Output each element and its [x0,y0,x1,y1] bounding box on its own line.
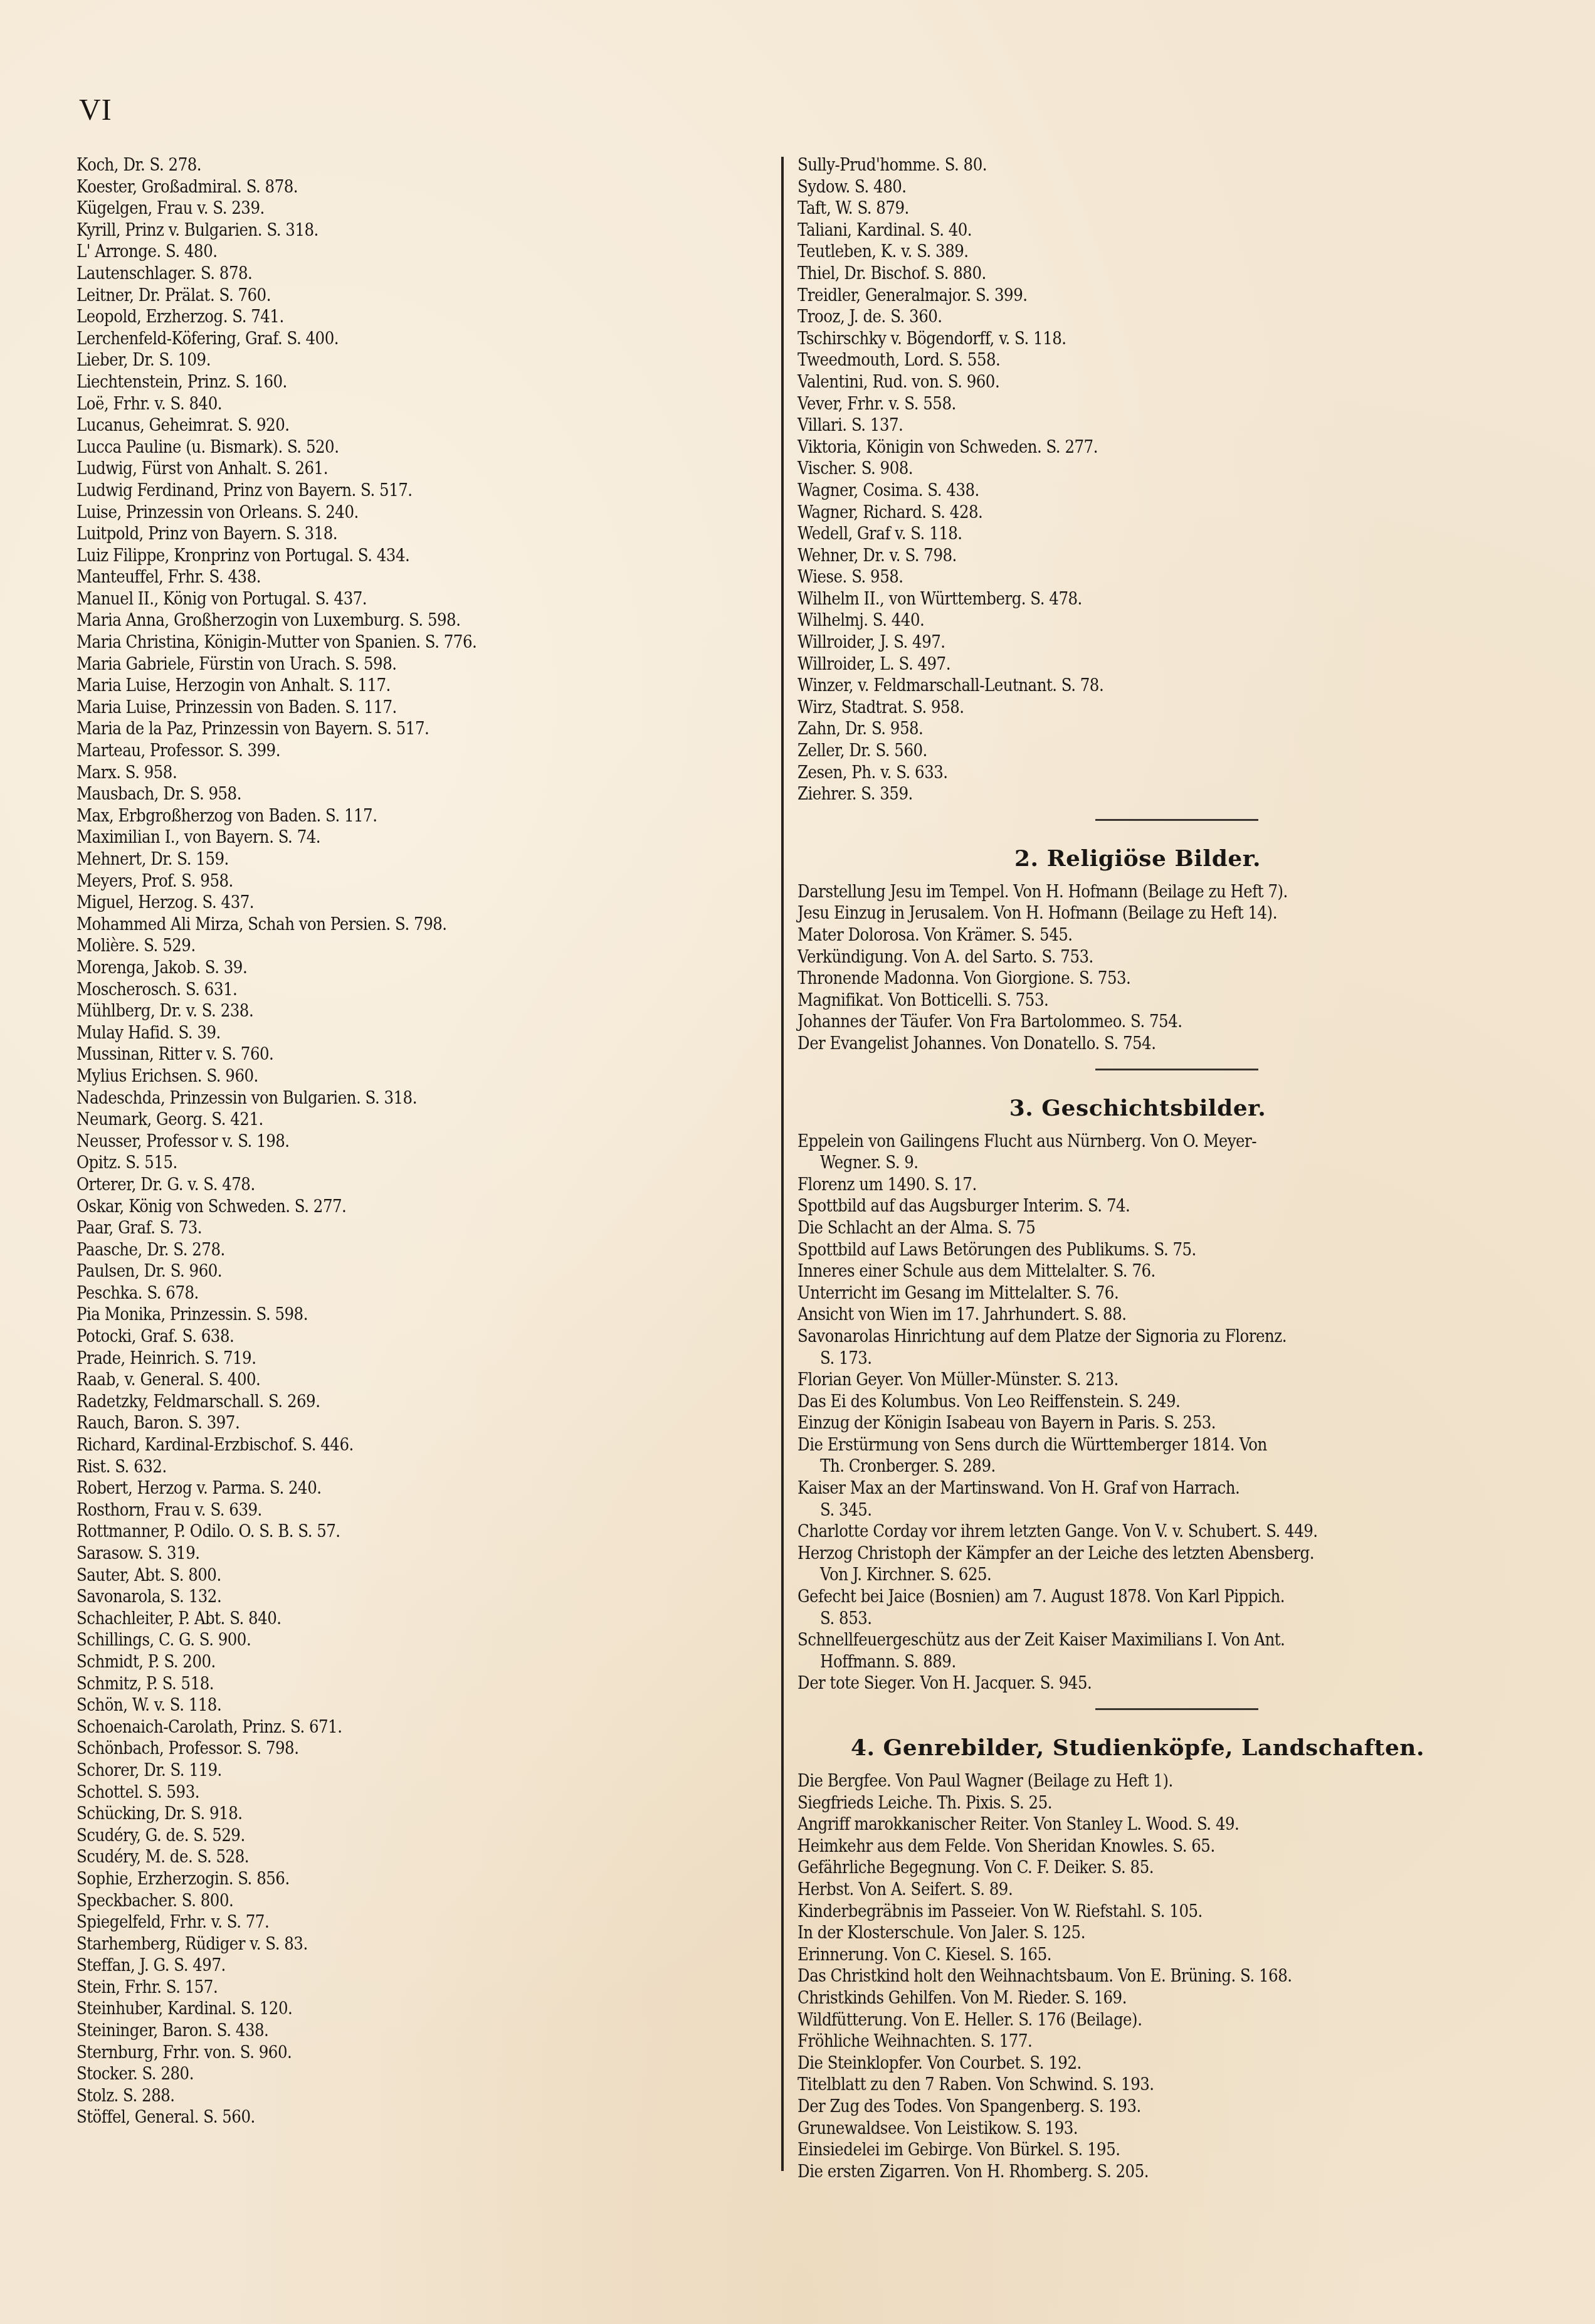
index-entry: Mohammed Ali Mirza, Schah von Persien. S… [76,914,659,936]
entry-text: Darstellung Jesu im Tempel. Von H. Hofma… [797,881,1288,902]
index-entry: Sternburg, Frhr. von. S. 960. [76,2042,659,2064]
index-entry: Nadeschda, Prinzessin von Bulgarien. S. … [76,1087,659,1109]
index-entry: Mehnert, Dr. S. 159. [76,848,659,870]
entry-text: Erinnerung. Von C. Kiesel. S. 165. [797,1944,1051,1965]
entry-text: Der Zug des Todes. Von Spangenberg. S. 1… [797,2096,1141,2116]
index-entry: Starhemberg, Rüdiger v. S. 83. [76,1933,659,1955]
index-entry: Zesen, Ph. v. S. 633. [797,762,1382,784]
picture-entry: Schnellfeuergeschütz aus der Zeit Kaiser… [797,1629,1477,1672]
entry-text: Angriff marokkanischer Reiter. Von Stanl… [797,1814,1239,1834]
picture-entry: Gefährliche Begegnung. Von C. F. Deiker.… [797,1857,1382,1879]
index-entry: Prade, Heinrich. S. 719. [76,1348,659,1370]
picture-entry: Die ersten Zigarren. Von H. Rhomberg. S.… [797,2161,1382,2183]
index-entry: Robert, Herzog v. Parma. S. 240. [76,1477,659,1499]
index-entry: Sydow. S. 480. [797,176,1382,198]
picture-entry: Die Bergfee. Von Paul Wagner (Beilage zu… [797,1770,1382,1792]
index-entry: Lautenschlager. S. 878. [76,263,659,285]
picture-entry: Der Evangelist Johannes. Von Donatello. … [797,1033,1382,1055]
index-entry: Potocki, Graf. S. 638. [76,1326,659,1348]
entry-text: Spottbild auf das Augsburger Interim. S.… [797,1195,1130,1216]
index-entry: Scudéry, G. de. S. 529. [76,1825,659,1847]
entry-text: Der Evangelist Johannes. Von Donatello. … [797,1033,1155,1054]
entry-text: Das Ei des Kolumbus. Von Leo Reiffenstei… [797,1391,1180,1412]
entry-text: Thronende Madonna. Von Giorgione. S. 753… [797,968,1130,988]
index-entry: Tschirschky v. Bögendorff, v. S. 118. [797,328,1382,350]
picture-entry: Herzog Christoph der Kämpfer an der Leic… [797,1543,1477,1586]
index-entry: Trooz, J. de. S. 360. [797,306,1382,328]
index-entry: Peschka. S. 678. [76,1282,659,1304]
index-entry: Ludwig Ferdinand, Prinz von Bayern. S. 5… [76,480,659,502]
index-entry: Lerchenfeld-Köfering, Graf. S. 400. [76,328,659,350]
entry-continuation: S. 345. [797,1499,1477,1521]
index-entry: Schmitz, P. S. 518. [76,1673,659,1695]
index-entry: Paar, Graf. S. 73. [76,1217,659,1239]
index-entry: Sophie, Erzherzogin. S. 856. [76,1868,659,1890]
picture-entry: Titelblatt zu den 7 Raben. Von Schwind. … [797,2074,1382,2096]
section-divider [1095,819,1258,821]
picture-entry: Siegfrieds Leiche. Th. Pixis. S. 25. [797,1792,1382,1814]
picture-entry: Spottbild auf das Augsburger Interim. S.… [797,1195,1382,1217]
entry-text: Herzog Christoph der Kämpfer an der Leic… [797,1543,1314,1563]
picture-entry: Thronende Madonna. Von Giorgione. S. 753… [797,968,1382,990]
picture-entry: Das Ei des Kolumbus. Von Leo Reiffenstei… [797,1391,1382,1413]
index-entry: Luise, Prinzessin von Orleans. S. 240. [76,502,659,524]
picture-entry: Eppelein von Gailingens Flucht aus Nürnb… [797,1131,1477,1174]
index-entry: Rottmanner, P. Odilo. O. S. B. S. 57. [76,1521,659,1543]
index-entry: Neumark, Georg. S. 421. [76,1109,659,1131]
left-column-name-index: Koch, Dr. S. 278.Koester, Großadmiral. S… [76,154,754,2128]
entry-text: Eppelein von Gailingens Flucht aus Nürnb… [797,1131,1256,1151]
index-entry: Taft, W. S. 879. [797,198,1382,219]
index-entry: Zahn, Dr. S. 958. [797,718,1382,740]
index-entry: Wirz, Stadtrat. S. 958. [797,697,1382,719]
index-entry: Mussinan, Ritter v. S. 760. [76,1043,659,1065]
index-entry: Paasche, Dr. S. 278. [76,1239,659,1261]
entry-text: Einsiedelei im Gebirge. Von Bürkel. S. 1… [797,2139,1120,2160]
section-title: 4. Genrebilder, Studienköpfe, Landschaft… [797,1734,1478,1761]
section-title: 2. Religiöse Bilder. [797,845,1478,872]
index-entry: Savonarola, S. 132. [76,1586,659,1608]
picture-entry: Herbst. Von A. Seifert. S. 89. [797,1879,1382,1901]
index-entry: Kügelgen, Frau v. S. 239. [76,198,659,219]
index-entry: Schmidt, P. S. 200. [76,1651,659,1673]
entry-text: Wildfütterung. Von E. Heller. S. 176 (Be… [797,2009,1142,2030]
index-entry: Maximilian I., von Bayern. S. 74. [76,827,659,848]
page-number: VI [79,93,112,127]
picture-entry: In der Klosterschule. Von Jaler. S. 125. [797,1922,1382,1944]
picture-entry: Grunewaldsee. Von Leistikow. S. 193. [797,2118,1382,2140]
entry-text: Jesu Einzug in Jerusalem. Von H. Hofmann… [797,902,1277,923]
entry-text: Grunewaldsee. Von Leistikow. S. 193. [797,2118,1078,2138]
index-entry: Villari. S. 137. [797,415,1382,436]
picture-entry: Savonarolas Hinrichtung auf dem Platze d… [797,1326,1477,1369]
index-entry: Lieber, Dr. S. 109. [76,349,659,371]
entry-text: Die ersten Zigarren. Von H. Rhomberg. S.… [797,2161,1149,2182]
entry-text: Einzug der Königin Isabeau von Bayern in… [797,1412,1216,1433]
index-entry: Maria Luise, Herzogin von Anhalt. S. 117… [76,675,659,697]
entry-text: Florian Geyer. Von Müller-Münster. S. 21… [797,1369,1119,1390]
index-entry: Tweedmouth, Lord. S. 558. [797,349,1382,371]
entry-continuation: Hoffmann. S. 889. [797,1651,1477,1673]
entry-continuation: Wegner. S. 9. [797,1152,1477,1174]
index-entry: Winzer, v. Feldmarschall-Leutnant. S. 78… [797,675,1382,697]
index-entry: Steffan, J. G. S. 497. [76,1955,659,1977]
entry-text: Das Christkind holt den Weihnachtsbaum. … [797,1965,1292,1986]
entry-continuation: Th. Cronberger. S. 289. [797,1455,1477,1477]
index-entry: Maria Anna, Großherzogin von Luxemburg. … [76,610,659,631]
entry-text: Kaiser Max an der Martinswand. Von H. Gr… [797,1477,1240,1498]
index-entry: Stöffel, General. S. 560. [76,2106,659,2128]
entry-text: Gefecht bei Jaice (Bosnien) am 7. August… [797,1586,1285,1607]
picture-entry: Florian Geyer. Von Müller-Münster. S. 21… [797,1369,1382,1391]
index-entry: Stein, Frhr. S. 157. [76,1977,659,1999]
picture-entry: Mater Dolorosa. Von Krämer. S. 545. [797,924,1382,946]
index-entry: Wagner, Richard. S. 428. [797,502,1382,524]
picture-entry: Unterricht im Gesang im Mittelalter. S. … [797,1282,1382,1304]
index-entry: Sauter, Abt. S. 800. [76,1565,659,1587]
index-entry: Rauch, Baron. S. 397. [76,1412,659,1434]
entry-text: Die Erstürmung von Sens durch die Württe… [797,1434,1267,1455]
index-entry: Schönbach, Professor. S. 798. [76,1738,659,1760]
index-entry: Lucca Pauline (u. Bismark). S. 520. [76,436,659,458]
index-entry: Koch, Dr. S. 278. [76,154,659,176]
picture-entry: Der Zug des Todes. Von Spangenberg. S. 1… [797,2096,1382,2118]
index-entry: Schoenaich-Carolath, Prinz. S. 671. [76,1716,659,1738]
index-entry: Wagner, Cosima. S. 438. [797,480,1382,502]
index-entry: Pia Monika, Prinzessin. S. 598. [76,1304,659,1326]
index-entry: Leitner, Dr. Prälat. S. 760. [76,285,659,307]
index-entry: Meyers, Prof. S. 958. [76,870,659,892]
index-entry: Steinhuber, Kardinal. S. 120. [76,1998,659,2020]
entry-text: Titelblatt zu den 7 Raben. Von Schwind. … [797,2074,1154,2094]
entry-text: Magnifikat. Von Botticelli. S. 753. [797,990,1048,1010]
picture-entry: Verkündigung. Von A. del Sarto. S. 753. [797,946,1382,968]
index-entry: Mylius Erichsen. S. 960. [76,1065,659,1087]
index-entry: Valentini, Rud. von. S. 960. [797,371,1382,393]
index-entry: Liechtenstein, Prinz. S. 160. [76,371,659,393]
index-entry: Mausbach, Dr. S. 958. [76,783,659,805]
index-entry: Ziehrer. S. 359. [797,783,1382,805]
index-entry: Marx. S. 958. [76,762,659,784]
entry-text: Die Bergfee. Von Paul Wagner (Beilage zu… [797,1770,1173,1791]
index-entry: Maria de la Paz, Prinzessin von Bayern. … [76,718,659,740]
index-entry: Vischer. S. 908. [797,458,1382,480]
index-entry: Morenga, Jakob. S. 39. [76,957,659,979]
entry-text: Herbst. Von A. Seifert. S. 89. [797,1879,1013,1899]
index-entry: Thiel, Dr. Bischof. S. 880. [797,263,1382,285]
index-entry: Radetzky, Feldmarschall. S. 269. [76,1391,659,1413]
index-entry: Vever, Frhr. v. S. 558. [797,393,1382,415]
index-entry: Schorer, Dr. S. 119. [76,1760,659,1782]
entry-text: Die Steinklopfer. Von Courbet. S. 192. [797,2052,1082,2073]
picture-entry: Inneres einer Schule aus dem Mittelalter… [797,1260,1382,1282]
entry-text: Siegfrieds Leiche. Th. Pixis. S. 25. [797,1792,1052,1813]
entry-text: Christkinds Gehilfen. Von M. Rieder. S. … [797,1987,1127,2008]
entry-continuation: S. 173. [797,1348,1477,1370]
index-entry: Viktoria, Königin von Schweden. S. 277. [797,436,1382,458]
picture-entry: Spottbild auf Laws Betörungen des Publik… [797,1239,1382,1261]
index-entry: Willroider, J. S. 497. [797,631,1382,653]
entry-text: Savonarolas Hinrichtung auf dem Platze d… [797,1326,1287,1346]
picture-entry: Florenz um 1490. S. 17. [797,1174,1382,1196]
section: 2. Religiöse Bilder.Darstellung Jesu im … [797,819,1478,1055]
index-entry: Manuel II., König von Portugal. S. 437. [76,588,659,610]
picture-entry: Fröhliche Weihnachten. S. 177. [797,2031,1382,2052]
index-entry: Stocker. S. 280. [76,2063,659,2085]
index-entry: Treidler, Generalmajor. S. 399. [797,285,1382,307]
index-entry: Willroider, L. S. 497. [797,653,1382,675]
index-entry: Schücking, Dr. S. 918. [76,1803,659,1825]
index-entry: Luiz Filippe, Kronprinz von Portugal. S.… [76,545,659,567]
index-entry: Wehner, Dr. v. S. 798. [797,545,1382,567]
index-entry: Molière. S. 529. [76,935,659,957]
section-divider [1095,1708,1258,1710]
entry-text: Ansicht von Wien im 17. Jahrhundert. S. … [797,1304,1126,1324]
section: 3. Geschichtsbilder.Eppelein von Gailing… [797,1069,1478,1694]
entry-text: Mater Dolorosa. Von Krämer. S. 545. [797,924,1073,945]
index-entry: Teutleben, K. v. S. 389. [797,241,1382,263]
index-entry: Neusser, Professor v. S. 198. [76,1131,659,1153]
index-entry: Miguel, Herzog. S. 437. [76,892,659,914]
entry-continuation: S. 853. [797,1608,1477,1630]
index-entry: Marteau, Professor. S. 399. [76,740,659,762]
index-entry: Steininger, Baron. S. 438. [76,2020,659,2042]
index-entry: Sully-Prud'homme. S. 80. [797,154,1382,176]
index-entry: Wilhelm II., von Württemberg. S. 478. [797,588,1382,610]
picture-entry: Heimkehr aus dem Felde. Von Sheridan Kno… [797,1835,1382,1857]
index-entry: Schottel. S. 593. [76,1782,659,1804]
picture-entry: Die Erstürmung von Sens durch die Württe… [797,1434,1477,1477]
index-entry: Orterer, Dr. G. v. S. 478. [76,1174,659,1196]
entry-text: Florenz um 1490. S. 17. [797,1174,977,1195]
index-entry: Lucanus, Geheimrat. S. 920. [76,415,659,436]
entry-text: Verkündigung. Von A. del Sarto. S. 753. [797,946,1093,967]
entry-text: Unterricht im Gesang im Mittelalter. S. … [797,1282,1119,1303]
section-divider [1095,1069,1258,1070]
index-entry: Wedell, Graf v. S. 118. [797,523,1382,545]
entry-text: Inneres einer Schule aus dem Mittelalter… [797,1260,1155,1281]
picture-entry: Johannes der Täufer. Von Fra Bartolommeo… [797,1011,1382,1033]
index-entry: L' Arronge. S. 480. [76,241,659,263]
picture-entry: Darstellung Jesu im Tempel. Von H. Hofma… [797,881,1382,903]
index-entry: Sarasow. S. 319. [76,1543,659,1565]
index-entry: Rist. S. 632. [76,1456,659,1478]
picture-entry: Die Steinklopfer. Von Courbet. S. 192. [797,2052,1382,2074]
index-entry: Loë, Frhr. v. S. 840. [76,393,659,415]
picture-entry: Magnifikat. Von Botticelli. S. 753. [797,990,1382,1011]
picture-entry: Charlotte Corday vor ihrem letzten Gange… [797,1521,1382,1543]
index-entry: Schillings, C. G. S. 900. [76,1629,659,1651]
entry-text: Charlotte Corday vor ihrem letzten Gange… [797,1521,1318,1541]
right-column: Sully-Prud'homme. S. 80.Sydow. S. 480.Ta… [797,154,1478,2182]
index-entry: Spiegelfeld, Frhr. v. S. 77. [76,1911,659,1933]
entry-text: Gefährliche Begegnung. Von C. F. Deiker.… [797,1857,1154,1878]
picture-entry: Ansicht von Wien im 17. Jahrhundert. S. … [797,1304,1382,1326]
index-entry: Leopold, Erzherzog. S. 741. [76,306,659,328]
index-entry: Schachleiter, P. Abt. S. 840. [76,1608,659,1630]
section: 4. Genrebilder, Studienköpfe, Landschaft… [797,1708,1478,2182]
picture-entry: Die Schlacht an der Alma. S. 75 [797,1217,1382,1239]
index-entry: Stolz. S. 288. [76,2085,659,2107]
index-entry: Moscherosch. S. 631. [76,979,659,1001]
index-entry: Zeller, Dr. S. 560. [797,740,1382,762]
entry-text: Heimkehr aus dem Felde. Von Sheridan Kno… [797,1835,1215,1856]
column-divider [781,157,784,2171]
picture-entry: Angriff marokkanischer Reiter. Von Stanl… [797,1814,1382,1835]
index-entry: Luitpold, Prinz von Bayern. S. 318. [76,523,659,545]
picture-entry: Christkinds Gehilfen. Von M. Rieder. S. … [797,1987,1382,2009]
index-entry: Richard, Kardinal-Erzbischof. S. 446. [76,1434,659,1456]
picture-entry: Gefecht bei Jaice (Bosnien) am 7. August… [797,1586,1477,1629]
picture-entry: Wildfütterung. Von E. Heller. S. 176 (Be… [797,2009,1382,2031]
entry-text: In der Klosterschule. Von Jaler. S. 125. [797,1922,1085,1943]
picture-entry: Einsiedelei im Gebirge. Von Bürkel. S. 1… [797,2139,1382,2161]
entry-text: Die Schlacht an der Alma. S. 75 [797,1217,1035,1238]
index-entry: Mühlberg, Dr. v. S. 238. [76,1000,659,1022]
index-entry: Maria Christina, Königin-Mutter von Span… [76,631,659,653]
entry-text: Schnellfeuergeschütz aus der Zeit Kaiser… [797,1629,1285,1650]
entry-text: Der tote Sieger. Von H. Jacquer. S. 945. [797,1672,1092,1693]
entry-text: Fröhliche Weihnachten. S. 177. [797,2031,1032,2051]
index-entry: Wilhelmj. S. 440. [797,610,1382,631]
picture-entry: Kinderbegräbnis im Passeier. Von W. Rief… [797,1901,1382,1923]
picture-entry: Das Christkind holt den Weihnachtsbaum. … [797,1965,1382,1987]
index-entry: Manteuffel, Frhr. S. 438. [76,566,659,588]
index-entry: Maria Luise, Prinzessin von Baden. S. 11… [76,697,659,719]
section-title: 3. Geschichtsbilder. [797,1094,1478,1122]
index-entry: Raab, v. General. S. 400. [76,1369,659,1391]
picture-sections: 2. Religiöse Bilder.Darstellung Jesu im … [797,819,1478,2182]
index-entry: Taliani, Kardinal. S. 40. [797,219,1382,241]
index-entry: Scudéry, M. de. S. 528. [76,1846,659,1868]
entry-text: Johannes der Täufer. Von Fra Bartolommeo… [797,1011,1182,1032]
picture-entry: Kaiser Max an der Martinswand. Von H. Gr… [797,1477,1477,1521]
entry-continuation: Von J. Kirchner. S. 625. [797,1564,1477,1586]
entry-text: Kinderbegräbnis im Passeier. Von W. Rief… [797,1901,1203,1921]
picture-entry: Der tote Sieger. Von H. Jacquer. S. 945. [797,1672,1382,1694]
index-entry: Maria Gabriele, Fürstin von Urach. S. 59… [76,653,659,675]
index-entry: Paulsen, Dr. S. 960. [76,1260,659,1282]
index-entry: Oskar, König von Schweden. S. 277. [76,1196,659,1218]
index-entry: Wiese. S. 958. [797,566,1382,588]
entry-text: Spottbild auf Laws Betörungen des Publik… [797,1239,1196,1260]
picture-entry: Erinnerung. Von C. Kiesel. S. 165. [797,1944,1382,1966]
index-entry: Ludwig, Fürst von Anhalt. S. 261. [76,458,659,480]
picture-entry: Einzug der Königin Isabeau von Bayern in… [797,1412,1382,1434]
picture-entry: Jesu Einzug in Jerusalem. Von H. Hofmann… [797,902,1382,924]
index-entry: Mulay Hafid. S. 39. [76,1022,659,1044]
index-entry: Schön, W. v. S. 118. [76,1694,659,1716]
index-entry: Speckbacher. S. 800. [76,1890,659,1912]
index-entry: Opitz. S. 515. [76,1152,659,1174]
index-entry: Max, Erbgroßherzog von Baden. S. 117. [76,805,659,827]
index-entry: Kyrill, Prinz v. Bulgarien. S. 318. [76,219,659,241]
index-entry: Koester, Großadmiral. S. 878. [76,176,659,198]
index-entry: Rosthorn, Frau v. S. 639. [76,1499,659,1521]
name-index-continued: Sully-Prud'homme. S. 80.Sydow. S. 480.Ta… [797,154,1478,805]
